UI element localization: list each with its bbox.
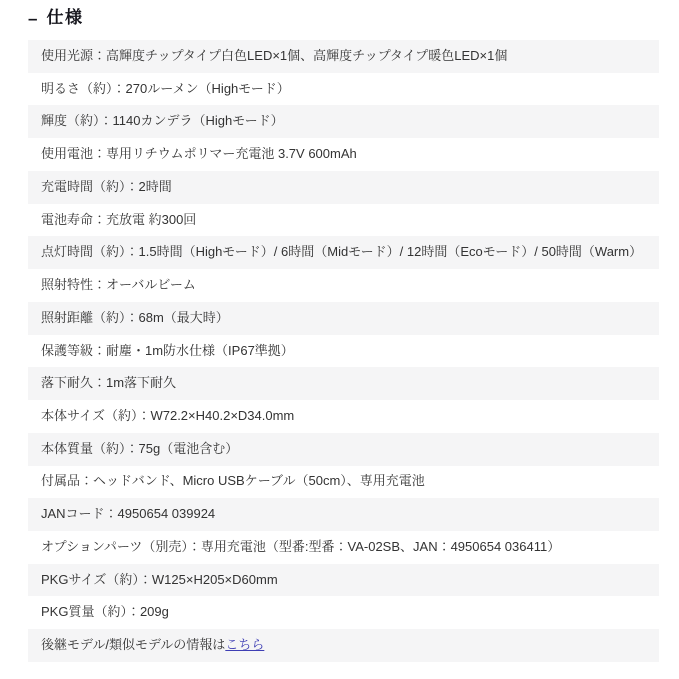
spec-row-text: オプションパーツ（別売）：専用充電池（型番:型番：VA-02SB、JAN：495… [41,539,560,556]
spec-row-text: 照射距離（約）：68m（最大時） [41,310,229,327]
spec-row: 点灯時間（約）：1.5時間（Highモード）/ 6時間（Midモード）/ 12時… [28,236,659,269]
spec-row-text: 電池寿命：充放電 約300回 [41,212,196,229]
section-dash-marker: – [28,10,37,27]
spec-row-text: 落下耐久：1m落下耐久 [41,375,176,392]
spec-row: PKG質量（約）：209g [28,596,659,629]
spec-row-text: 輝度（約）：1140カンデラ（Highモード） [41,113,284,130]
spec-row-text: 充電時間（約）：2時間 [41,179,172,196]
spec-row: 明るさ（約）：270ルーメン（Highモード） [28,73,659,106]
spec-row-text: 本体質量（約）：75g（電池含む） [41,441,238,458]
spec-row-text: 明るさ（約）：270ルーメン（Highモード） [41,81,290,98]
section-header: – 仕様 [0,0,679,30]
spec-row: 輝度（約）：1140カンデラ（Highモード） [28,105,659,138]
spec-row-text: 点灯時間（約）：1.5時間（Highモード）/ 6時間（Midモード）/ 12時… [41,244,642,261]
kochira-link[interactable]: こちら [225,637,264,654]
spec-page: – 仕様 使用光源：高輝度チップタイプ白色LED×1個、高輝度チップタイプ暖色L… [0,0,679,679]
spec-row: 照射特性：オーバルビーム [28,269,659,302]
page-title: 仕様 [46,8,83,28]
spec-row: 充電時間（約）：2時間 [28,171,659,204]
spec-row: 照射距離（約）：68m（最大時） [28,302,659,335]
spec-row-text: JANコード：4950654 039924 [41,506,215,523]
spec-row: オプションパーツ（別売）：専用充電池（型番:型番：VA-02SB、JAN：495… [28,531,659,564]
spec-row-text: 本体サイズ（約）：W72.2×H40.2×D34.0mm [41,408,294,425]
spec-row: PKGサイズ（約）：W125×H205×D60mm [28,564,659,597]
spec-row-text: 使用電池：専用リチウムポリマー充電池 3.7V 600mAh [41,146,357,163]
spec-row: 使用電池：専用リチウムポリマー充電池 3.7V 600mAh [28,138,659,171]
spec-row: JANコード：4950654 039924 [28,498,659,531]
spec-row: 後継モデル/類似モデルの情報はこちら [28,629,659,662]
spec-row-text: 使用光源：高輝度チップタイプ白色LED×1個、高輝度チップタイプ暖色LED×1個 [41,48,507,65]
spec-row: 保護等級：耐塵・1m防水仕様（IP67準拠） [28,335,659,368]
spec-row: 落下耐久：1m落下耐久 [28,367,659,400]
spec-row-text: 後継モデル/類似モデルの情報は [41,637,225,654]
spec-row-text: PKGサイズ（約）：W125×H205×D60mm [41,572,278,589]
spec-row-text: 保護等級：耐塵・1m防水仕様（IP67準拠） [41,343,294,360]
spec-row-text: 照射特性：オーバルビーム [41,277,196,294]
spec-row: 本体サイズ（約）：W72.2×H40.2×D34.0mm [28,400,659,433]
spec-table: 使用光源：高輝度チップタイプ白色LED×1個、高輝度チップタイプ暖色LED×1個… [28,40,659,662]
spec-row: 本体質量（約）：75g（電池含む） [28,433,659,466]
spec-row-text: 付属品：ヘッドバンド、Micro USBケーブル（50cm）、専用充電池 [41,473,425,490]
spec-row-text: PKG質量（約）：209g [41,604,169,621]
spec-row: 使用光源：高輝度チップタイプ白色LED×1個、高輝度チップタイプ暖色LED×1個 [28,40,659,73]
spec-row: 電池寿命：充放電 約300回 [28,204,659,237]
spec-row: 付属品：ヘッドバンド、Micro USBケーブル（50cm）、専用充電池 [28,466,659,499]
